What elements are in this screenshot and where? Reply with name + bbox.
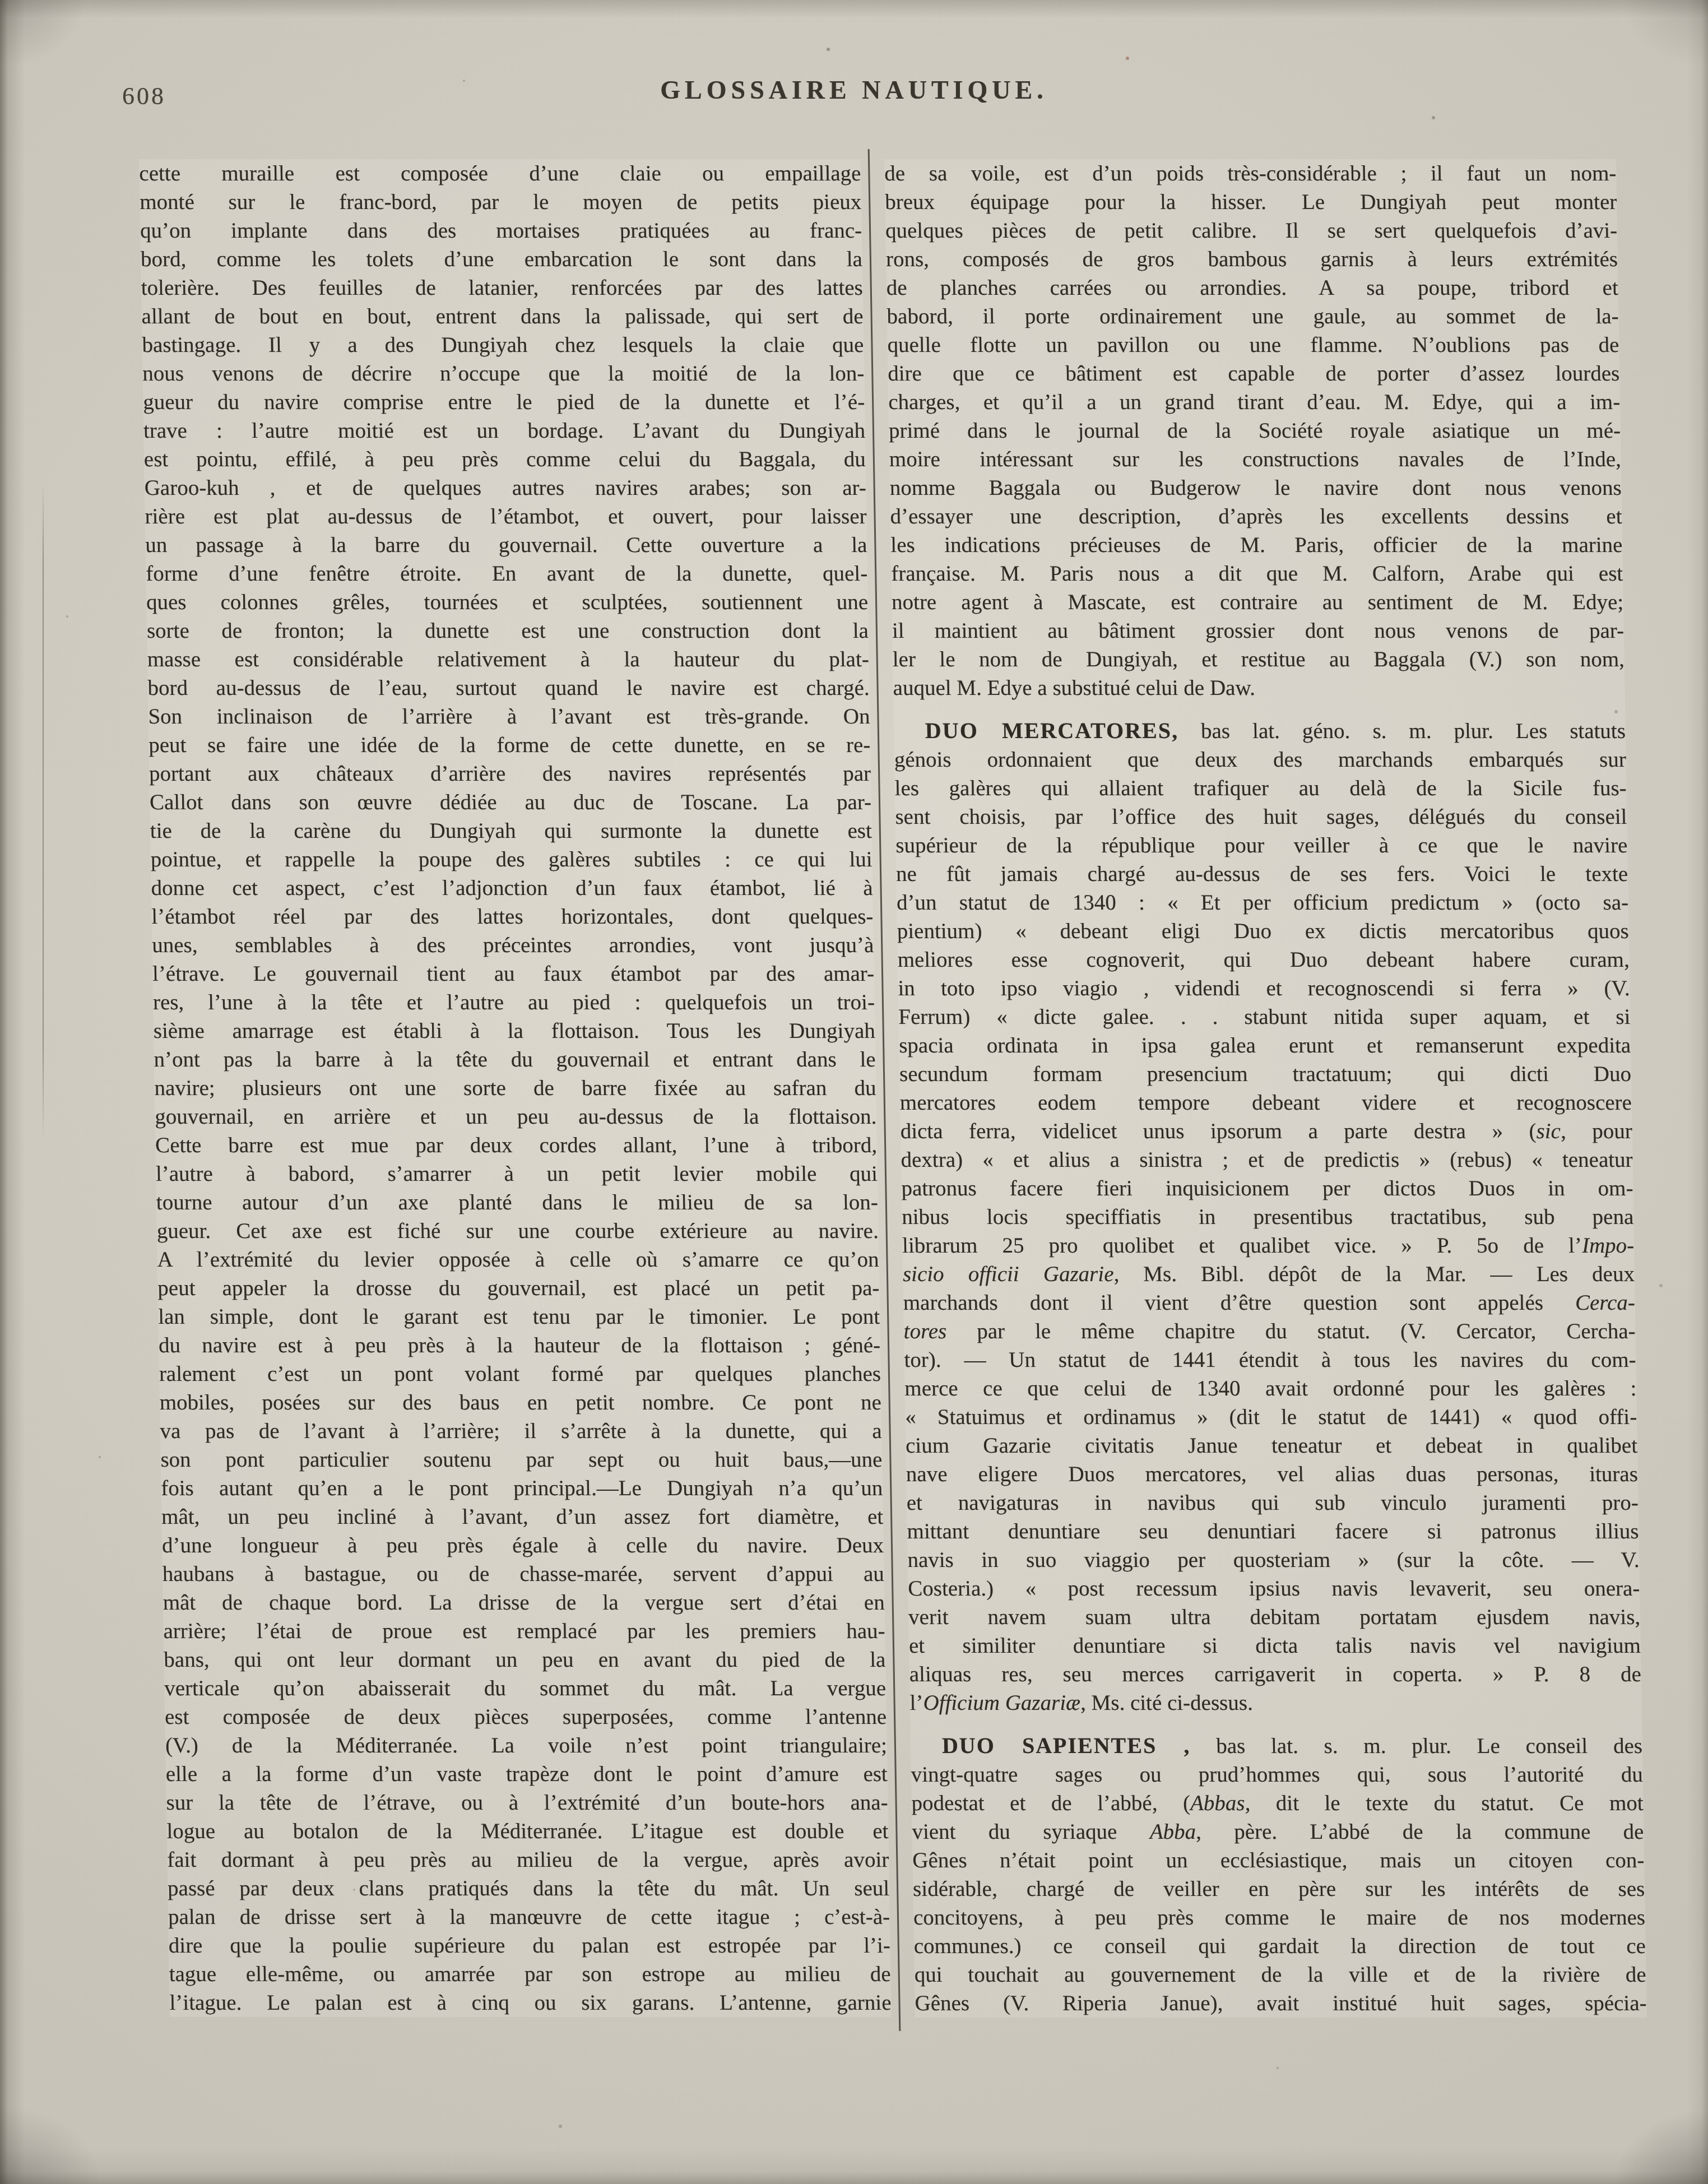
text-line: nous venons de décrire n’occupe que la m… [142,359,865,388]
text-line: arrière; l’étai de proue est remplacé pa… [163,1617,885,1645]
text-line: n’ont pas la barre à la tête du gouverna… [154,1045,876,1074]
text-line: in toto ipso viagio , videndi et recogno… [898,974,1630,1003]
text-line: notre agent à Mascate, est contraire au … [892,588,1624,616]
text-line: DUO SAPIENTES , bas lat. s. m. plur. Le … [910,1731,1642,1760]
text-line: tolerière. Des feuilles de latanier, ren… [141,273,863,302]
text-line: française. M. Paris nous a dit que M. Ca… [891,559,1623,588]
text-line: meliores esse cognoverit, qui Duo debean… [897,945,1630,974]
text-line: est pointu, effilé, à peu près comme cel… [143,445,866,474]
text-line: Son inclinaison de l’arrière à l’avant e… [148,702,870,731]
text-line: d’une longueur à peu près égale à celle … [162,1531,884,1560]
text-line: vingt-quatre sages ou prud’hommes qui, s… [911,1760,1643,1789]
text-line: bans, qui ont leur dormant un peu en ava… [164,1645,886,1674]
text-line: va pas de l’avant à l’arrière; il s’arrê… [160,1417,882,1445]
text-line: tie de la carène du Dungiyah qui surmont… [150,817,872,845]
text-line: l’itague. Le palan est à cinq ou six gar… [169,1988,892,2017]
text-line: gueur du navire comprise entre le pied d… [143,388,865,416]
text-line: A l’extrémité du levier opposée à celle … [157,1245,879,1274]
text-line: allant de bout en bout, entrent dans la … [141,302,864,331]
text-line: mercatores eodem tempore debeant videre … [899,1088,1632,1117]
text-line: cium Gazarie civitatis Janue teneatur et… [906,1431,1638,1460]
text-line: l’autre à babord, s’amarrer à un petit l… [156,1160,878,1188]
text-line: « Statuimus et ordinamus » (dit le statu… [905,1403,1637,1431]
text-line: breux équipage pour la hisser. Le Dungiy… [885,188,1617,216]
text-line: fait dormant à peu près au milieu de la … [167,1845,889,1874]
text-line: bastingage. Il y a des Dungiyah chez les… [142,331,864,359]
text-line: donne cet aspect, c’est l’adjonction d’u… [151,874,873,902]
text-line: unes, semblables à des préceintes arrond… [152,931,874,959]
text-line: masse est considérable relativement à la… [147,645,869,674]
text-line: pientium) « debeant eligi Duo ex dictis … [897,917,1629,945]
text-line: concitoyens, à peu près comme le maire d… [913,1903,1646,1932]
text-line: quelle flotte un pavillon ou une flamme.… [887,331,1619,359]
text-line: auquel M. Edye a substitué celui de Daw. [893,674,1625,702]
text-line: spacia ordinata in ipsa galea erunt et r… [899,1031,1631,1060]
text-line: du navire est à peu près à la hauteur de… [159,1331,881,1360]
text-line: génois ordonnaient que deux des marchand… [894,745,1626,774]
text-line: dicta ferra, videlicet unus ipsorum a pa… [900,1117,1632,1146]
text-line: tague elle-même, ou amarrée par son estr… [169,1960,891,1988]
text-line: (V.) de la Méditerranée. La voile n’est … [165,1731,887,1760]
text-line: qu’on implante dans des mortaises pratiq… [140,216,862,245]
text-line: un passage à la barre du gouvernail. Cet… [145,531,867,559]
text-line: sième amarrage est établi à la flottaiso… [153,1017,875,1045]
text-line: de planches carrées ou arrondies. A sa p… [886,273,1618,302]
text-line: l’Officium Gazariæ, Ms. cité ci-dessus. [909,1689,1642,1717]
text-line: nibus locis speciffiatis in presentibus … [902,1203,1634,1231]
text-line: DUO MERCATORES, bas lat. géno. s. m. plu… [893,716,1626,745]
text-line: Garoo-kuh , et de quelques autres navire… [144,474,866,502]
text-line: qui touchait au gouvernement de la ville… [914,1960,1646,1989]
text-line: sicio officii Gazarie, Ms. Bibl. dépôt d… [903,1260,1635,1288]
text-line: quelques pièces de petit calibre. Il se … [885,216,1618,245]
text-line: trave : l’autre moitié est un bordage. L… [143,416,866,445]
text-line: dire que la poulie supérieure du palan e… [168,1931,890,1960]
text-line: librarum 25 pro quolibet et qualibet vic… [902,1231,1635,1260]
text-line: dire que ce bâtiment est capable de port… [888,359,1620,388]
text-line: ralement c’est un pont volant formé par … [159,1360,881,1388]
text-line: sent choisis, par l’office des huit sage… [895,803,1627,831]
text-line: Gênes (V. Riperia Janue), avait institué… [915,1989,1647,2018]
text-line: tor). — Un statut de 1441 étendit à tous… [904,1346,1636,1374]
text-line: tourne autour d’un axe planté dans le mi… [156,1188,878,1217]
text-line: sidérable, chargé de veiller en père sur… [913,1875,1645,1903]
text-line: navis in suo viaggio per quosteriam » (s… [907,1546,1640,1574]
text-line: verit navem suam ultra debitam portatam … [908,1603,1641,1631]
text-line: rière est plat au-dessus de l’étambot, e… [145,502,867,531]
text-line: res, l’une à la tête et l’autre au pied … [153,988,875,1017]
text-line: les indications précieuses de M. Paris, … [890,531,1623,559]
text-line: monté sur le franc-bord, par le moyen de… [140,188,862,216]
text-line: d’un statut de 1340 : « Et per officium … [897,888,1629,917]
text-line: peut appeler la drosse du gouvernail, es… [157,1274,880,1302]
text-line: elle a la forme d’un vaste trapèze dont … [165,1760,888,1788]
text-line: forme d’une fenêtre étroite. En avant de… [146,559,868,588]
text-line: moire intéressant sur les constructions … [889,445,1621,474]
text-line: peut se faire une idée de la forme de ce… [148,731,871,759]
text-line: d’essayer une description, d’après les e… [890,502,1622,531]
text-line: supérieur de la république pour veiller … [895,831,1628,860]
page-content: cette muraille est composée d’une claie … [0,0,1708,2184]
text-line: et similiter denuntiare si dicta talis n… [909,1631,1641,1660]
text-line: babord, il porte ordinairement une gaule… [887,302,1619,331]
text-line: de sa voile, est d’un poids très-considé… [884,159,1617,188]
text-line: fois autant qu’en a le pont principal.—L… [161,1474,883,1503]
text-line: Callot dans son œuvre dédiée au duc de T… [150,788,872,817]
text-line: Gênes n’était point un ecclésiastique, m… [912,1846,1645,1875]
text-line: portant aux châteaux d’arrière des navir… [149,759,871,788]
text-line: les galères qui allaient trafiquer au de… [894,774,1627,803]
text-line: sorte de fronton; la dunette est une con… [147,616,869,645]
text-line: ler le nom de Dungiyah, et restitue au B… [892,645,1625,674]
text-line: lan simple, dont le garant est tenu par … [158,1302,880,1331]
text-line: et navigaturas in navibus qui sub vincul… [906,1489,1639,1517]
text-line: primé dans le journal de la Société roya… [889,416,1621,445]
text-line: il maintient au bâtiment grossier dont n… [892,616,1625,645]
text-line: patronus facere fieri inquisicionem per … [901,1174,1633,1203]
text-line: tores par le même chapitre du statut. (V… [903,1317,1636,1346]
text-line: mobiles, posées sur des baus en petit no… [159,1388,881,1417]
text-line: mât de chaque bord. La drisse de la verg… [163,1588,885,1617]
text-line: palan de drisse sert à la manœuvre de ce… [168,1903,890,1931]
text-line: logue au botalon de la Méditerranée. L’i… [166,1817,889,1845]
text-line: ne fût jamais chargé au-dessus de ses fe… [896,860,1628,888]
text-line: Costeria.) « post recessum ipsius navis … [908,1574,1640,1603]
text-line: vient du syriaque Abba, père. L’abbé de … [912,1817,1644,1846]
text-line: l’étrave. Le gouvernail tient au faux ét… [152,959,875,988]
text-line: son pont particulier soutenu par sept ou… [160,1445,883,1474]
text-line: pointue, et rappelle la poupe des galère… [150,845,872,874]
text-line: rons, composés de gros bambous garnis à … [886,245,1618,273]
text-line: gouvernail, en arrière et un peu au-dess… [155,1102,877,1131]
text-line: merce ce que celui de 1340 avait ordonné… [904,1374,1637,1403]
text-line: cette muraille est composée d’une claie … [139,159,861,188]
text-line: mât, un peu incliné à l’avant, d’un asse… [161,1503,884,1531]
text-line: passé par deux clans pratiqués dans la t… [168,1874,890,1903]
text-line: bord au-dessus de l’eau, surtout quand l… [147,674,870,702]
text-line: charges, et qu’il a un grand tirant d’ea… [888,388,1621,416]
text-line: Ferrum) « dicte galee. . . stabunt nitid… [898,1003,1631,1031]
text-line: Cette barre est mue par deux cordes alla… [155,1131,878,1160]
text-line: est composée de deux pièces superposées,… [165,1703,887,1731]
text-line: podestat et de l’abbé, (Abbas, dit le te… [911,1789,1644,1817]
text-line: secundum formam presencium tractatuum; q… [899,1060,1632,1088]
text-column-left: cette muraille est composée d’une claie … [139,159,892,2017]
text-line: aliquas res, seu merces carrigaverit in … [909,1660,1641,1689]
text-line: mittant denuntiare seu denuntiari facere… [907,1517,1639,1546]
text-line: l’étambot réel par des lattes horizontal… [151,902,874,931]
text-line: nave eligere Duos mercatores, vel alias … [906,1460,1638,1489]
text-column-right: de sa voile, est d’un poids très-considé… [884,159,1647,2018]
text-line: ques colonnes grêles, tournées et sculpt… [146,588,869,616]
text-line: gueur. Cet axe est fiché sur une courbe … [156,1217,879,1245]
text-line: verticale qu’on abaisserait du sommet du… [164,1674,887,1703]
text-line: nomme Baggala ou Budgerow le navire dont… [889,474,1622,502]
text-line: dextra) « et alius a sinistra ; et de pr… [901,1146,1633,1174]
text-line: sur la tête de l’étrave, ou à l’extrémit… [166,1788,888,1817]
text-line: bord, comme les tolets d’une embarcation… [141,245,863,273]
text-line: navire; plusieurs ont une sorte de barre… [154,1074,876,1102]
text-line: communes.) ce conseil qui gardait la dir… [913,1932,1646,1960]
text-line: haubans à bastague, ou de chasse-marée, … [162,1560,884,1588]
text-line: marchands dont il vient d’être question … [903,1288,1635,1317]
